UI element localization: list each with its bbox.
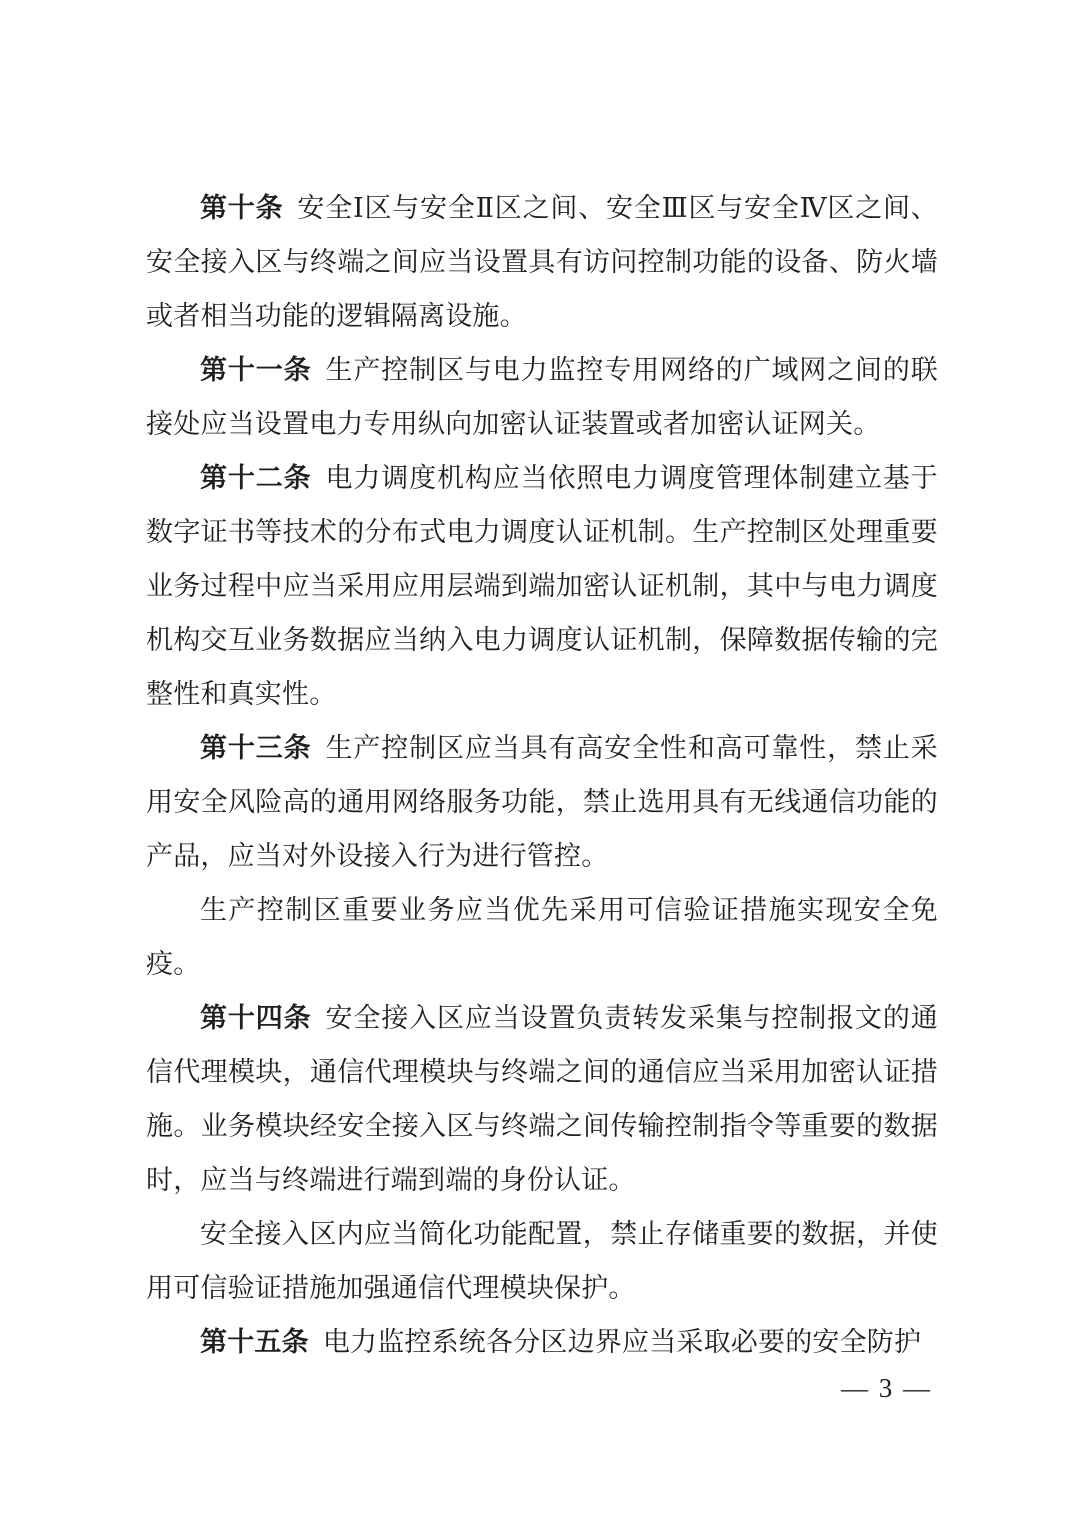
article-number: 第十五条 — [200, 1327, 309, 1357]
article-number: 第十三条 — [200, 733, 312, 763]
paragraph-text: 安全接入区内应当简化功能配置，禁止存储重要的数据，并使用可信验证措施加强通信代理… — [146, 1219, 938, 1303]
article-paragraph: 安全接入区内应当简化功能配置，禁止存储重要的数据，并使用可信验证措施加强通信代理… — [146, 1207, 938, 1315]
article-paragraph: 第十五条电力监控系统各分区边界应当采取必要的安全防护 — [146, 1315, 938, 1369]
article-paragraph: 第十三条生产控制区应当具有高安全性和高可靠性，禁止采用安全风险高的通用网络服务功… — [146, 721, 938, 883]
document-page: 第十条安全Ⅰ区与安全Ⅱ区之间、安全Ⅲ区与安全Ⅳ区之间、安全接入区与终端之间应当设… — [0, 0, 1080, 1527]
article-paragraph: 生产控制区重要业务应当优先采用可信验证措施实现安全免疫。 — [146, 883, 938, 991]
article-paragraph: 第十条安全Ⅰ区与安全Ⅱ区之间、安全Ⅲ区与安全Ⅳ区之间、安全接入区与终端之间应当设… — [146, 181, 938, 343]
page-number: — 3 — — [841, 1372, 932, 1404]
paragraph-text: 电力监控系统各分区边界应当采取必要的安全防护 — [323, 1327, 921, 1357]
document-text-block: 第十条安全Ⅰ区与安全Ⅱ区之间、安全Ⅲ区与安全Ⅳ区之间、安全接入区与终端之间应当设… — [146, 181, 938, 1369]
paragraph-text: 生产控制区重要业务应当优先采用可信验证措施实现安全免疫。 — [146, 895, 938, 979]
article-paragraph: 第十四条安全接入区应当设置负责转发采集与控制报文的通信代理模块，通信代理模块与终… — [146, 991, 938, 1207]
article-number: 第十一条 — [200, 355, 312, 385]
article-number: 第十二条 — [200, 463, 312, 493]
article-number: 第十四条 — [200, 1003, 312, 1033]
article-paragraph: 第十二条电力调度机构应当依照电力调度管理体制建立基于数字证书等技术的分布式电力调… — [146, 451, 938, 721]
article-paragraph: 第十一条生产控制区与电力监控专用网络的广域网之间的联接处应当设置电力专用纵向加密… — [146, 343, 938, 451]
paragraph-text: 电力调度机构应当依照电力调度管理体制建立基于数字证书等技术的分布式电力调度认证机… — [146, 463, 938, 709]
article-number: 第十条 — [200, 193, 283, 223]
